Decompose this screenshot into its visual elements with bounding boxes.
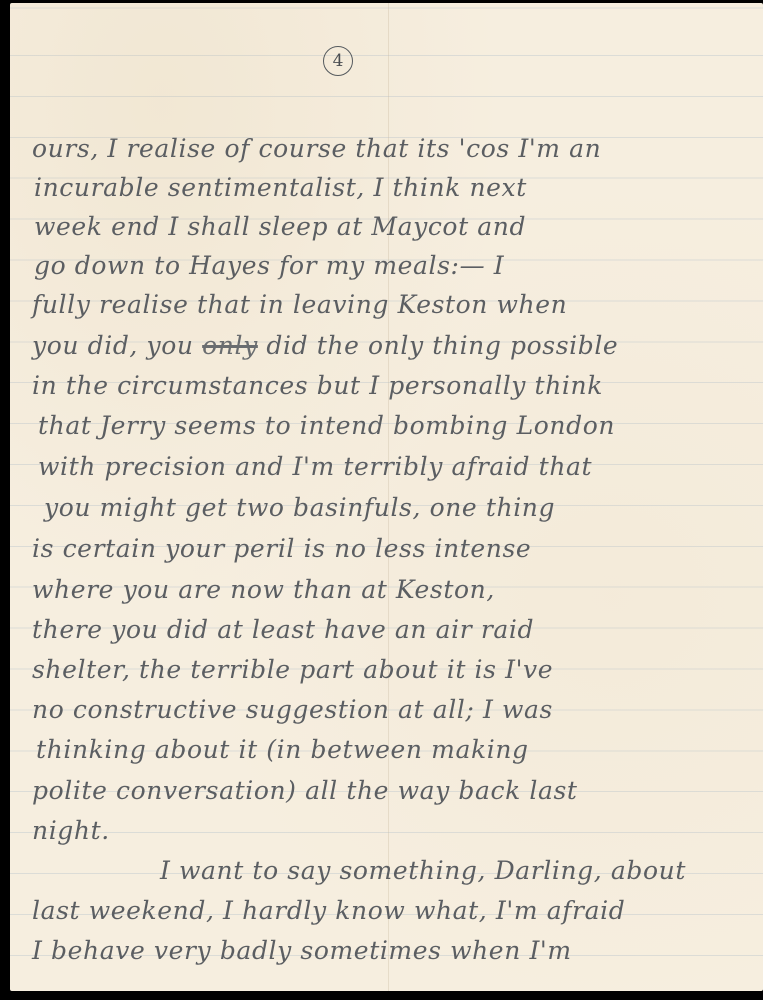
letter-line: there you did at least have an air raid: [32, 617, 534, 642]
letter-line: with precision and I'm terribly afraid t…: [38, 454, 592, 479]
letter-line: night.: [32, 818, 110, 843]
letter-line: fully realise that in leaving Keston whe…: [32, 292, 567, 317]
letter-line: ours, I realise of course that its 'cos …: [32, 136, 601, 161]
letter-line: you might get two basinfuls, one thing: [44, 495, 555, 520]
letter-line: no constructive suggestion at all; I was: [32, 697, 553, 722]
letter-line: is certain your peril is no less intense: [32, 536, 531, 561]
letter-line: I behave very badly sometimes when I'm: [32, 938, 572, 963]
letter-line: that Jerry seems to intend bombing Londo…: [38, 413, 615, 438]
letter-line: in the circumstances but I personally th…: [32, 373, 603, 398]
letter-line: incurable sentimentalist, I think next: [34, 175, 527, 200]
letter-line: week end I shall sleep at Maycot and: [34, 214, 526, 239]
letter-line: I want to say something, Darling, about: [160, 858, 686, 883]
letter-page: 4 ours, I realise of course that its 'co…: [10, 3, 763, 991]
letter-line: shelter, the terrible part about it is I…: [32, 657, 553, 682]
struck-out-word: only: [202, 331, 258, 360]
letter-line: you did, you only did the only thing pos…: [32, 333, 618, 358]
letter-line: where you are now than at Keston,: [32, 577, 495, 602]
letter-line: go down to Hayes for my meals:— I: [34, 253, 504, 278]
letter-text: you did, you: [32, 331, 202, 360]
letter-line: thinking about it (in between making: [36, 737, 529, 762]
letter-text: did the only thing possible: [258, 331, 619, 360]
letter-line: last weekend, I hardly know what, I'm af…: [32, 898, 625, 923]
letter-line: polite conversation) all the way back la…: [32, 778, 578, 803]
circled-page-number: 4: [323, 46, 353, 76]
page-number-text: 4: [333, 53, 344, 70]
